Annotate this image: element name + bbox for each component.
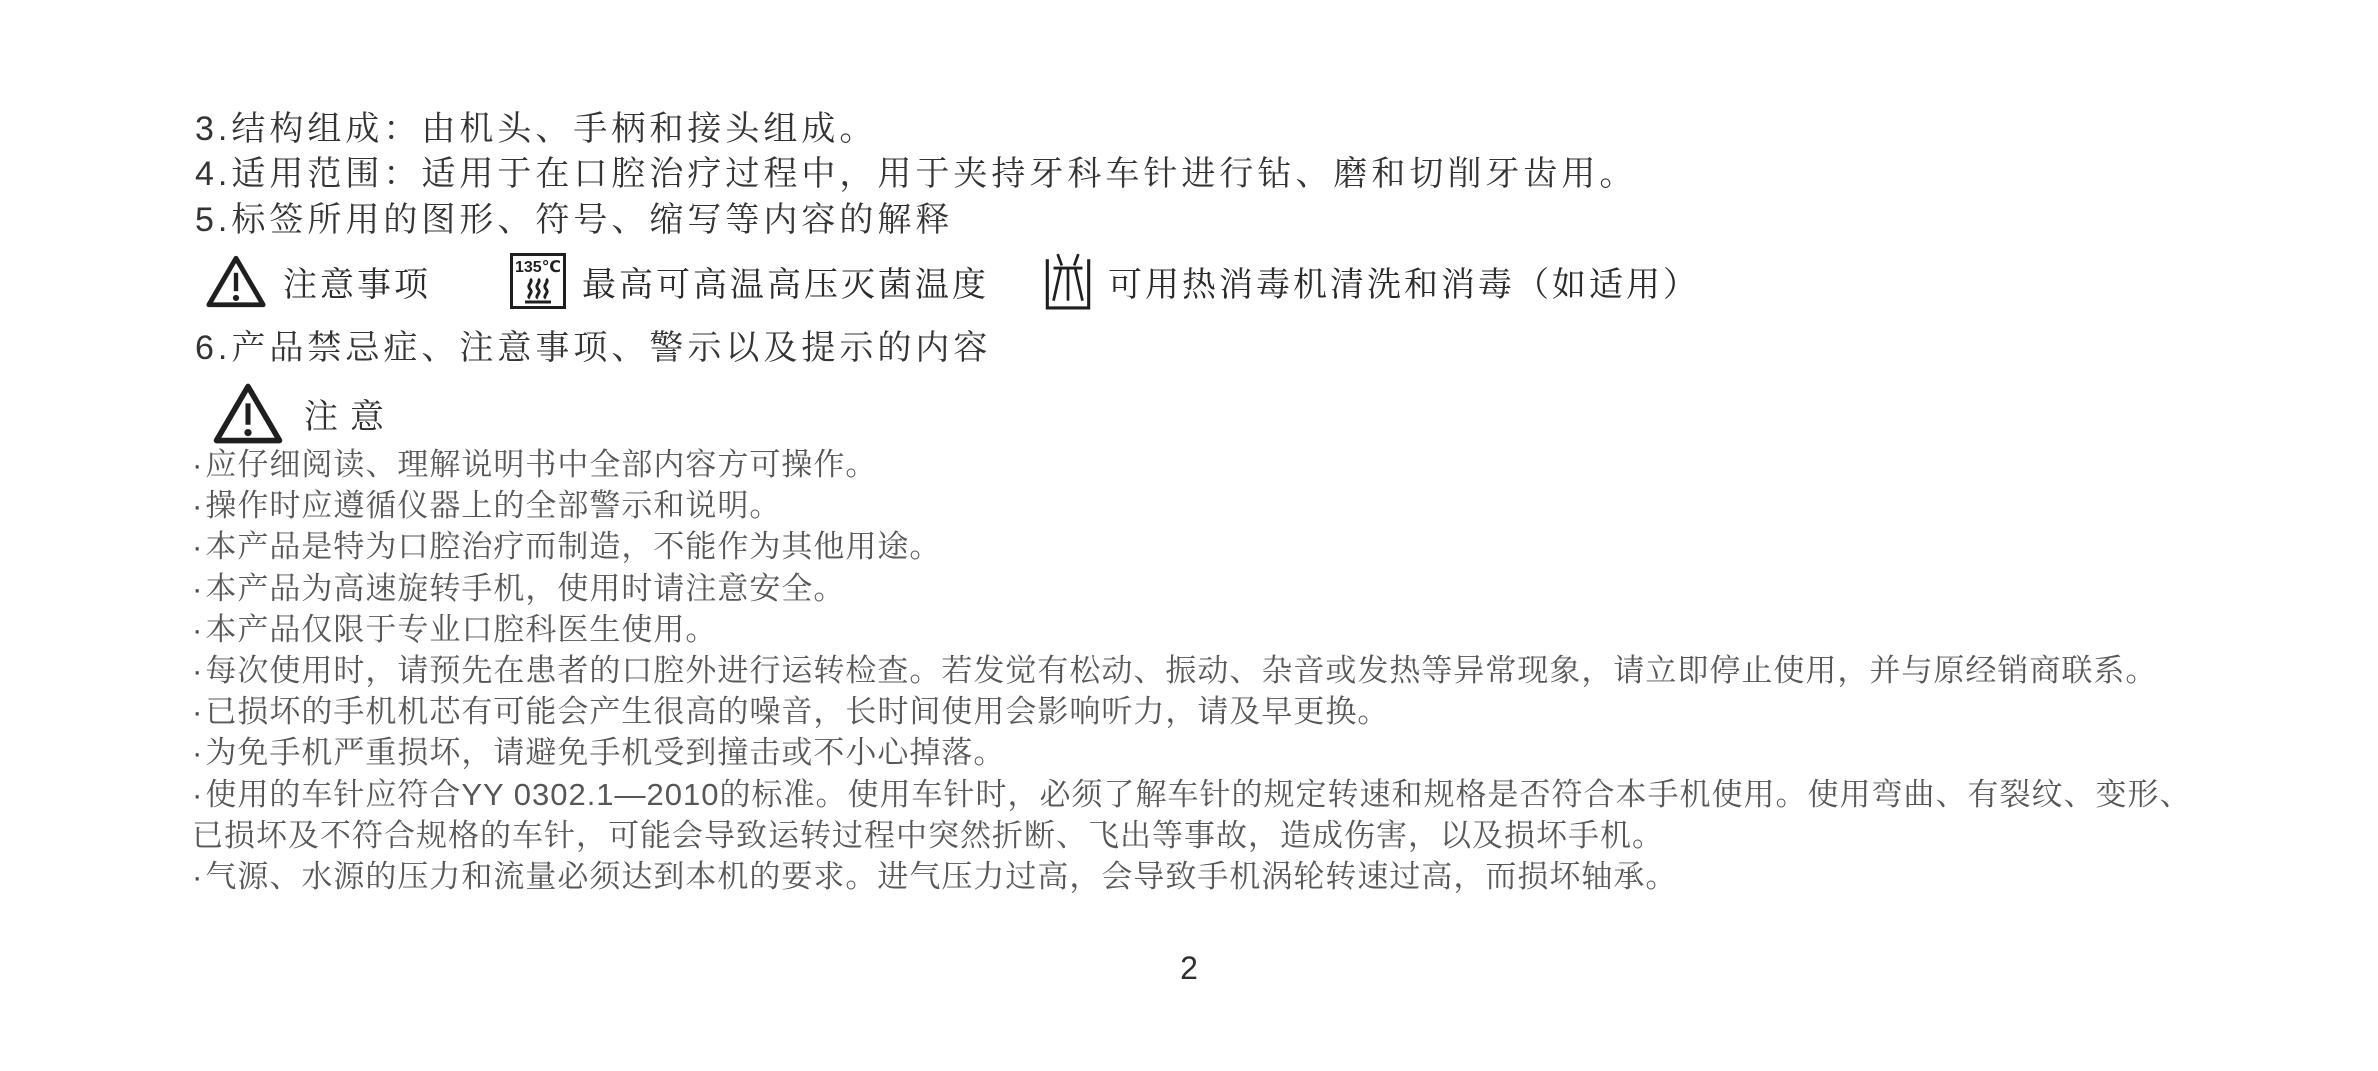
legend-label-autoclave: 最高可高温高压灭菌温度 — [582, 257, 989, 306]
autoclave-135c-icon: 135℃ — [510, 253, 566, 309]
washer-disinfector-icon — [1044, 251, 1092, 311]
note-text: 本产品仅限于专业口腔科医生使用。 — [205, 612, 717, 647]
legend-item-washer-disinfector: 可用热消毒机清洗和消毒（如适用） — [1044, 250, 1700, 312]
note-text: 气源、水源的压力和流量必须达到本机的要求。进气压力过高，会导致手机涡轮转速过高，… — [205, 859, 1677, 894]
note-text: 使用的车针应符合YY 0302.1—2010的标准。使用车针时，必须了解车针的规… — [192, 777, 2192, 853]
heading-label-symbols: 5.标签所用的图形、符号、缩写等内容的解释 — [195, 201, 953, 239]
note-item: ·使用的车针应符合YY 0302.1—2010的标准。使用车针时，必须了解车针的… — [192, 774, 2212, 856]
heading-scope: 4.适用范围：适用于在口腔治疗过程中，用于夹持牙科车针进行钻、磨和切削牙齿用。 — [195, 155, 1637, 193]
note-item: ·应仔细阅读、理解说明书中全部内容方可操作。 — [192, 444, 2212, 485]
manual-page: 3.结构组成：由机头、手柄和接头组成。 4.适用范围：适用于在口腔治疗过程中，用… — [0, 0, 2378, 1071]
warning-triangle-icon — [212, 382, 284, 445]
bullet-marker: · — [192, 488, 203, 523]
bullet-marker: · — [192, 694, 203, 729]
legend-item-autoclave: 135℃ 最高可高温高压灭菌温度 — [510, 250, 989, 312]
note-text: 本产品是特为口腔治疗而制造，不能作为其他用途。 — [205, 529, 941, 564]
note-item: ·气源、水源的压力和流量必须达到本机的要求。进气压力过高，会导致手机涡轮转速过高… — [192, 856, 2212, 897]
notes-list: ·应仔细阅读、理解说明书中全部内容方可操作。 ·操作时应遵循仪器上的全部警示和说… — [192, 444, 2212, 897]
autoclave-temperature: 135℃ — [515, 259, 561, 277]
note-text: 应仔细阅读、理解说明书中全部内容方可操作。 — [205, 447, 877, 482]
legend-item-attention: 注意事项 — [205, 250, 431, 312]
heading-contraindications: 6.产品禁忌症、注意事项、警示以及提示的内容 — [195, 329, 991, 367]
bullet-marker: · — [192, 777, 203, 812]
caution-label: 注意 — [304, 389, 396, 438]
note-text: 本产品为高速旋转手机，使用时请注意安全。 — [205, 571, 845, 606]
bullet-marker: · — [192, 859, 203, 894]
note-item: ·本产品为高速旋转手机，使用时请注意安全。 — [192, 568, 2212, 609]
legend-label-washer-disinfector: 可用热消毒机清洗和消毒（如适用） — [1108, 257, 1700, 306]
heading-structure: 3.结构组成：由机头、手柄和接头组成。 — [195, 110, 877, 148]
note-text: 为免手机严重损坏，请避免手机受到撞击或不小心掉落。 — [205, 735, 1005, 770]
note-text: 操作时应遵循仪器上的全部警示和说明。 — [205, 488, 781, 523]
bullet-marker: · — [192, 529, 203, 564]
note-item: ·操作时应遵循仪器上的全部警示和说明。 — [192, 485, 2212, 526]
note-item: ·为免手机严重损坏，请避免手机受到撞击或不小心掉落。 — [192, 732, 2212, 773]
bullet-marker: · — [192, 612, 203, 647]
note-text: 已损坏的手机机芯有可能会产生很高的噪音，长时间使用会影响听力，请及早更换。 — [205, 694, 1389, 729]
bullet-marker: · — [192, 447, 203, 482]
bullet-marker: · — [192, 653, 203, 688]
note-text: 每次使用时，请预先在患者的口腔外进行运转检查。若发觉有松动、振动、杂音或发热等异… — [205, 653, 2157, 688]
warning-triangle-icon — [205, 254, 267, 309]
legend-label-attention: 注意事项 — [283, 257, 431, 306]
note-item: ·本产品是特为口腔治疗而制造，不能作为其他用途。 — [192, 526, 2212, 567]
caution-heading: 注意 — [212, 378, 396, 448]
note-item: ·本产品仅限于专业口腔科医生使用。 — [192, 609, 2212, 650]
steam-icon — [522, 278, 554, 304]
bullet-marker: · — [192, 735, 203, 770]
note-item: ·已损坏的手机机芯有可能会产生很高的噪音，长时间使用会影响听力，请及早更换。 — [192, 691, 2212, 732]
page-number: 2 — [0, 950, 2378, 987]
bullet-marker: · — [192, 571, 203, 606]
note-item: ·每次使用时，请预先在患者的口腔外进行运转检查。若发觉有松动、振动、杂音或发热等… — [192, 650, 2212, 691]
